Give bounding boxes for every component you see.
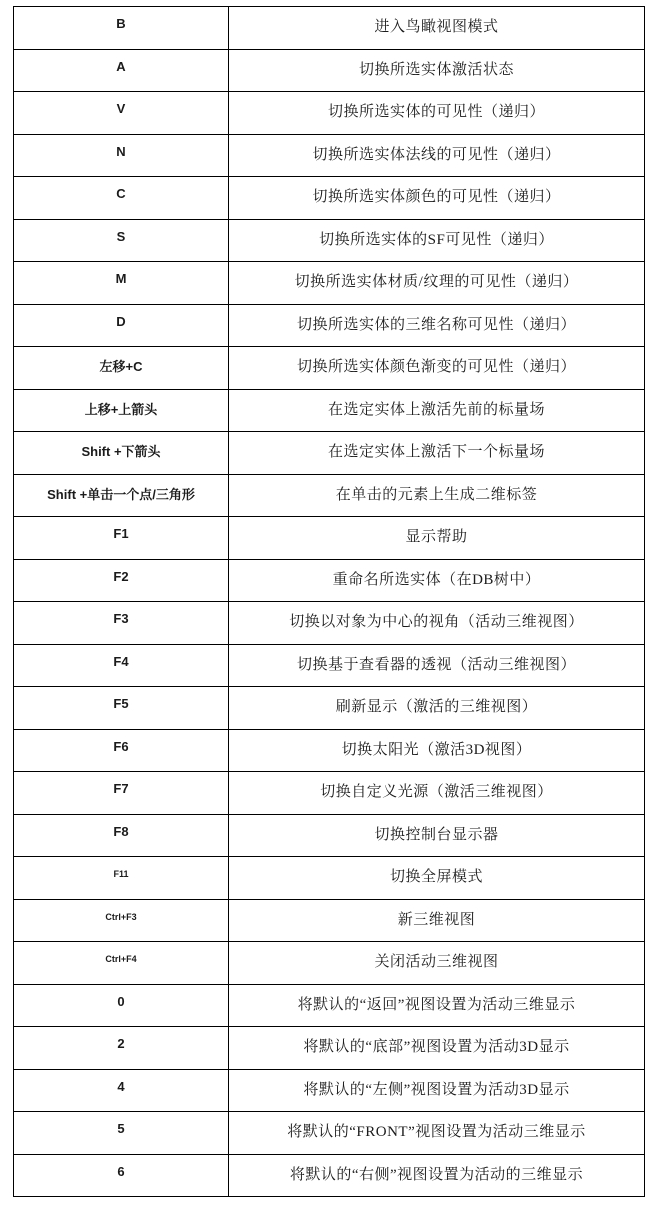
shortcut-description: 刷新显示（激活的三维视图）: [229, 687, 645, 730]
shortcut-key: F4: [14, 644, 229, 687]
table-row: Ctrl+F3 新三维视图: [14, 899, 645, 942]
table-row: N 切换所选实体法线的可见性（递归）: [14, 134, 645, 177]
shortcut-key: V: [14, 92, 229, 135]
table-row: Ctrl+F4 关闭活动三维视图: [14, 942, 645, 985]
shortcut-description: 切换所选实体的可见性（递归）: [229, 92, 645, 135]
shortcut-key: Shift +单击一个点/三角形: [14, 474, 229, 517]
shortcut-key: Ctrl+F3: [14, 899, 229, 942]
table-row: S 切换所选实体的SF可见性（递归）: [14, 219, 645, 262]
table-row: 上移+上箭头 在选定实体上激活先前的标量场: [14, 389, 645, 432]
shortcut-description: 重命名所选实体（在DB树中）: [229, 559, 645, 602]
shortcut-description: 将默认的“底部”视图设置为活动3D显示: [229, 1027, 645, 1070]
shortcut-key: N: [14, 134, 229, 177]
shortcut-table-container: B 进入鸟瞰视图模式 A 切换所选实体激活状态 V 切换所选实体的可见性（递归）…: [13, 6, 645, 1197]
shortcut-description: 切换所选实体的SF可见性（递归）: [229, 219, 645, 262]
shortcut-key: M: [14, 262, 229, 305]
table-row: F5 刷新显示（激活的三维视图）: [14, 687, 645, 730]
table-row: F8 切换控制台显示器: [14, 814, 645, 857]
document-page: B 进入鸟瞰视图模式 A 切换所选实体激活状态 V 切换所选实体的可见性（递归）…: [0, 0, 660, 1206]
shortcut-description: 切换全屏模式: [229, 857, 645, 900]
shortcut-description: 切换所选实体激活状态: [229, 49, 645, 92]
shortcut-description: 切换太阳光（激活3D视图）: [229, 729, 645, 772]
shortcut-description: 切换自定义光源（激活三维视图）: [229, 772, 645, 815]
table-row: D 切换所选实体的三维名称可见性（递归）: [14, 304, 645, 347]
table-row: A 切换所选实体激活状态: [14, 49, 645, 92]
shortcut-description: 切换所选实体材质/纹理的可见性（递归）: [229, 262, 645, 305]
table-row: F11 切换全屏模式: [14, 857, 645, 900]
shortcut-description: 切换所选实体的三维名称可见性（递归）: [229, 304, 645, 347]
table-row: B 进入鸟瞰视图模式: [14, 7, 645, 50]
shortcut-key: F5: [14, 687, 229, 730]
shortcut-description: 切换基于查看器的透视（活动三维视图）: [229, 644, 645, 687]
shortcut-key: 2: [14, 1027, 229, 1070]
shortcut-key: 左移+C: [14, 347, 229, 390]
shortcut-key: F11: [14, 857, 229, 900]
table-row: Shift +下箭头 在选定实体上激活下一个标量场: [14, 432, 645, 475]
table-row: F3 切换以对象为中心的视角（活动三维视图）: [14, 602, 645, 645]
table-row: M 切换所选实体材质/纹理的可见性（递归）: [14, 262, 645, 305]
table-row: F6 切换太阳光（激活3D视图）: [14, 729, 645, 772]
shortcut-description: 显示帮助: [229, 517, 645, 560]
shortcut-description: 进入鸟瞰视图模式: [229, 7, 645, 50]
shortcut-key: 5: [14, 1112, 229, 1155]
shortcut-key: F7: [14, 772, 229, 815]
shortcut-description: 切换所选实体颜色渐变的可见性（递归）: [229, 347, 645, 390]
shortcut-key: F6: [14, 729, 229, 772]
shortcut-key: 上移+上箭头: [14, 389, 229, 432]
shortcut-key: F1: [14, 517, 229, 560]
shortcut-description: 在选定实体上激活先前的标量场: [229, 389, 645, 432]
table-row: 5 将默认的“FRONT”视图设置为活动三维显示: [14, 1112, 645, 1155]
shortcut-key: 4: [14, 1069, 229, 1112]
shortcut-description: 在选定实体上激活下一个标量场: [229, 432, 645, 475]
shortcut-description: 将默认的“FRONT”视图设置为活动三维显示: [229, 1112, 645, 1155]
shortcut-key: 6: [14, 1154, 229, 1197]
table-row: 0 将默认的“返回”视图设置为活动三维显示: [14, 984, 645, 1027]
shortcut-description: 切换以对象为中心的视角（活动三维视图）: [229, 602, 645, 645]
shortcut-description: 切换所选实体颜色的可见性（递归）: [229, 177, 645, 220]
shortcut-description: 关闭活动三维视图: [229, 942, 645, 985]
shortcut-key: F3: [14, 602, 229, 645]
table-row: Shift +单击一个点/三角形 在单击的元素上生成二维标签: [14, 474, 645, 517]
shortcut-description: 将默认的“返回”视图设置为活动三维显示: [229, 984, 645, 1027]
shortcut-description: 切换控制台显示器: [229, 814, 645, 857]
shortcut-key: Ctrl+F4: [14, 942, 229, 985]
table-row: F4 切换基于查看器的透视（活动三维视图）: [14, 644, 645, 687]
table-row: 左移+C 切换所选实体颜色渐变的可见性（递归）: [14, 347, 645, 390]
shortcut-description: 将默认的“右侧”视图设置为活动的三维显示: [229, 1154, 645, 1197]
shortcut-description: 在单击的元素上生成二维标签: [229, 474, 645, 517]
shortcut-description: 将默认的“左侧”视图设置为活动3D显示: [229, 1069, 645, 1112]
shortcut-key: C: [14, 177, 229, 220]
shortcut-key: D: [14, 304, 229, 347]
shortcut-key: B: [14, 7, 229, 50]
shortcut-table: B 进入鸟瞰视图模式 A 切换所选实体激活状态 V 切换所选实体的可见性（递归）…: [13, 6, 645, 1197]
table-row: C 切换所选实体颜色的可见性（递归）: [14, 177, 645, 220]
shortcut-key: Shift +下箭头: [14, 432, 229, 475]
shortcut-description: 新三维视图: [229, 899, 645, 942]
table-row: 6 将默认的“右侧”视图设置为活动的三维显示: [14, 1154, 645, 1197]
table-row: F7 切换自定义光源（激活三维视图）: [14, 772, 645, 815]
shortcut-key: F8: [14, 814, 229, 857]
shortcut-key: S: [14, 219, 229, 262]
table-row: 2 将默认的“底部”视图设置为活动3D显示: [14, 1027, 645, 1070]
shortcut-description: 切换所选实体法线的可见性（递归）: [229, 134, 645, 177]
table-row: 4 将默认的“左侧”视图设置为活动3D显示: [14, 1069, 645, 1112]
table-row: F1 显示帮助: [14, 517, 645, 560]
shortcut-key: 0: [14, 984, 229, 1027]
table-row: F2 重命名所选实体（在DB树中）: [14, 559, 645, 602]
table-row: V 切换所选实体的可见性（递归）: [14, 92, 645, 135]
shortcut-key: F2: [14, 559, 229, 602]
shortcut-key: A: [14, 49, 229, 92]
